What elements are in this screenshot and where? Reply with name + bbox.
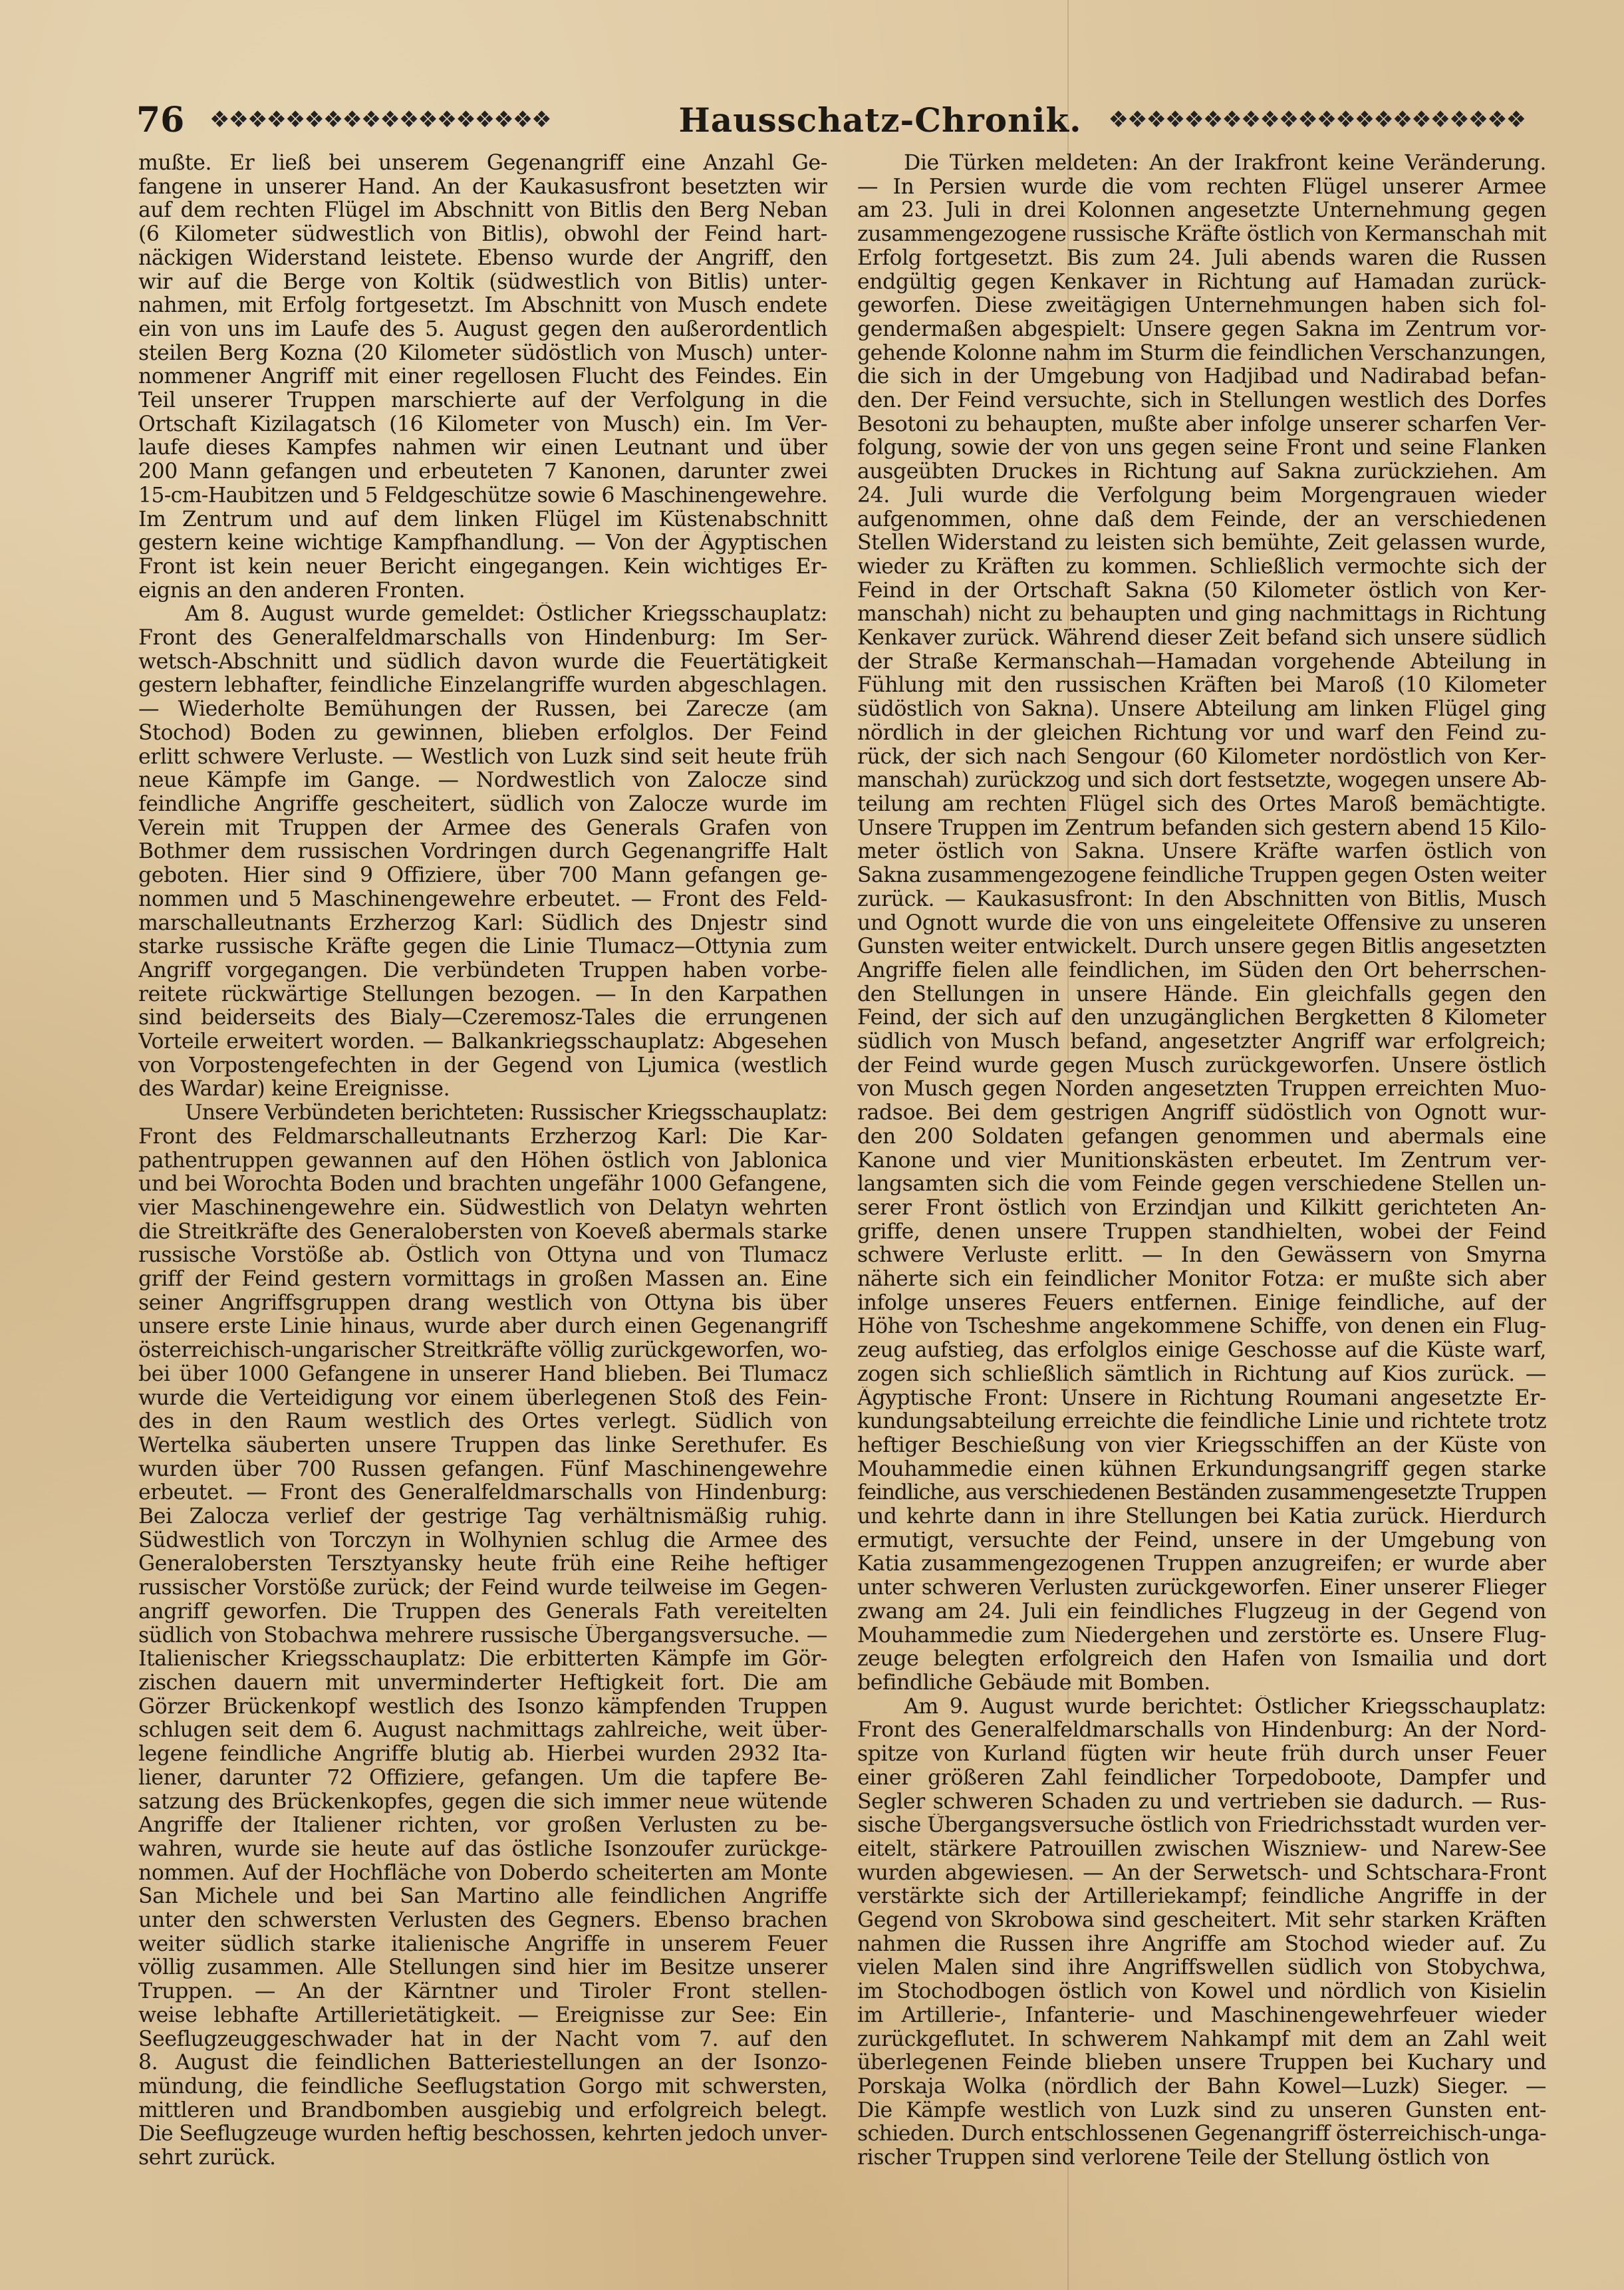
text-line: Feind, der sich auf den unzugänglichen B… <box>857 1006 1546 1030</box>
text-line: ein von uns im Laufe des 5. August gegen… <box>138 318 827 342</box>
text-line: Besotoni zu behaupten, mußte aber infolg… <box>857 413 1546 437</box>
text-line: Angriffe der Italiener richten, vor groß… <box>138 1814 827 1838</box>
text-line: eignis an den anderen Fronten. <box>138 579 827 603</box>
text-line: Angriff vorgegangen. Die verbündeten Tru… <box>138 959 827 983</box>
text-line: einer größeren Zahl feindlicher Torpedob… <box>857 1767 1546 1790</box>
text-line: wurden abgewiesen. — An der Serwetsch- u… <box>857 1862 1546 1886</box>
text-line: laufe dieses Kampfes nahmen wir einen Le… <box>138 436 827 460</box>
text-line: infolge unseres Feuers entfernen. Einige… <box>857 1292 1546 1316</box>
text-line: Am 9. August wurde berichtet: Östlicher … <box>857 1695 1546 1719</box>
text-line: San Michele und bei San Martino alle fei… <box>138 1885 827 1909</box>
text-line: Höhe von Tscheshme angekommene Schiffe, … <box>857 1315 1546 1339</box>
text-line: endgültig gegen Kenkaver in Richtung auf… <box>857 271 1546 295</box>
text-line: Vorteile erweitert worden. — Balkankrieg… <box>138 1030 827 1054</box>
text-line: völlig zusammen. Alle Stellungen sind hi… <box>138 1956 827 1980</box>
text-line: Die Kämpfe westlich von Luzk sind zu uns… <box>857 2099 1546 2123</box>
text-line: Unsere Truppen im Zentrum befanden sich … <box>857 817 1546 841</box>
text-line: Mouhammedie einen kühnen Erkundungsangri… <box>857 1458 1546 1482</box>
text-line: feindliche Angriffe gescheitert, südlich… <box>138 793 827 817</box>
paragraph: Unsere Verbündeten berichteten: Russisch… <box>138 1101 827 2170</box>
text-line: Italienischer Kriegsschauplatz: Die erbi… <box>138 1647 827 1671</box>
text-line: die Streitkräfte des Generalobersten von… <box>138 1220 827 1244</box>
text-line: verstärkte sich der Artilleriekampf; fei… <box>857 1885 1546 1909</box>
ornament-border-left: ❖❖❖❖❖❖❖❖❖❖❖❖❖❖❖❖❖❖ <box>209 106 652 133</box>
text-line: auf dem rechten Flügel im Abschnitt von … <box>138 199 827 223</box>
text-line: zurück. — Kaukasusfront: In den Abschnit… <box>857 888 1546 912</box>
text-line: Front des Feldmarschalleutnants Erzherzo… <box>138 1125 827 1149</box>
text-line: liener, darunter 72 Offiziere, gefangen.… <box>138 1767 827 1790</box>
text-line: gestern keine wichtige Kampfhandlung. — … <box>138 531 827 555</box>
text-line: wetsch-Abschnitt und südlich davon wurde… <box>138 650 827 674</box>
text-line: weise lebhafte Artillerietätigkeit. — Er… <box>138 2004 827 2028</box>
text-line: näckigen Widerstand leistete. Ebenso wur… <box>138 247 827 271</box>
paragraph: Am 9. August wurde berichtet: Östlicher … <box>857 1695 1546 2170</box>
text-line: Stellen Widerstand zu leisten sich bemüh… <box>857 531 1546 555</box>
text-line: von Musch gegen Norden angesetzten Trupp… <box>857 1077 1546 1101</box>
text-line: manschah) zurückzog und sich dort festse… <box>857 769 1546 793</box>
text-line: der Feind wurde gegen Musch zurückgeworf… <box>857 1054 1546 1078</box>
text-line: Görzer Brückenkopf westlich des Isonzo k… <box>138 1695 827 1719</box>
text-line: starke russische Kräfte gegen die Linie … <box>138 935 827 959</box>
text-line: steilen Berg Kozna (20 Kilometer südöstl… <box>138 342 827 366</box>
text-line: unsere erste Linie hinaus, wurde aber du… <box>138 1315 827 1339</box>
text-line: sind beiderseits des Bialy—Czeremosz-Tal… <box>138 1006 827 1030</box>
text-line: des Wardar) keine Ereignisse. <box>138 1077 827 1101</box>
text-line: Im Zentrum und auf dem linken Flügel im … <box>138 508 827 532</box>
text-line: erbeutet. — Front des Generalfeldmarscha… <box>138 1481 827 1505</box>
text-line: teilung am rechten Flügel sich des Ortes… <box>857 793 1546 817</box>
text-line: Porskaja Wolka (nördlich der Bahn Kowel—… <box>857 2075 1546 2099</box>
page-header: 76 ❖❖❖❖❖❖❖❖❖❖❖❖❖❖❖❖❖❖ Hausschatz-Chronik… <box>136 100 1551 140</box>
text-line: — Wiederholte Bemühungen der Russen, bei… <box>138 698 827 722</box>
text-line: mündung, die feindliche Seeflugstation G… <box>138 2075 827 2099</box>
text-line: griff der Feind gestern vormittags in gr… <box>138 1268 827 1292</box>
text-line: gendermaßen abgespielt: Unsere gegen Sak… <box>857 318 1546 342</box>
text-line: ermutigt, versuchte der Feind, unsere in… <box>857 1529 1546 1553</box>
text-line: griffe, denen unsere Truppen standhielte… <box>857 1220 1546 1244</box>
text-line: südlich von Musch befand, angesetzter An… <box>857 1030 1546 1054</box>
text-line: folgung, sowie der von uns gegen seine F… <box>857 436 1546 460</box>
running-title: Hausschatz-Chronik. <box>652 100 1109 140</box>
text-line: Katia zusammengezogenen Truppen anzugrei… <box>857 1552 1546 1576</box>
text-line: und kehrte dann in ihre Stellungen bei K… <box>857 1505 1546 1529</box>
text-line: und bei Worochta Boden und brachten unge… <box>138 1173 827 1197</box>
text-line: vier Maschinengewehre ein. Südwestlich v… <box>138 1197 827 1220</box>
text-line: befindliche Gebäude mit Bomben. <box>857 1671 1546 1695</box>
text-line: Teil unserer Truppen marschierte auf der… <box>138 389 827 413</box>
text-line: Feind in der Ortschaft Sakna (50 Kilomet… <box>857 579 1546 603</box>
text-line: den Stellungen in unsere Hände. Ein glei… <box>857 983 1546 1007</box>
text-line: Ortschaft Kizilagatsch (16 Kilometer von… <box>138 413 827 437</box>
text-line: weiter südlich starke italienische Angri… <box>138 1933 827 1957</box>
text-line: 24. Juli wurde die Verfolgung beim Morge… <box>857 484 1546 508</box>
text-line: russischer Vorstöße zurück; der Feind wu… <box>138 1576 827 1600</box>
text-line: marschalleutnants Erzherzog Karl: Südlic… <box>138 912 827 936</box>
paragraph: Die Türken meldeten: An der Irakfront ke… <box>857 152 1546 1695</box>
text-line: bei über 1000 Gefangene in unserer Hand … <box>138 1363 827 1387</box>
text-line: (6 Kilometer südwestlich von Bitlis), ob… <box>138 223 827 247</box>
text-line: ausgeübten Druckes in Richtung auf Sakna… <box>857 460 1546 484</box>
text-line: Front des Generalfeldmarschalls von Hind… <box>857 1719 1546 1743</box>
text-line: die sich in der Umgebung von Hadjibad un… <box>857 365 1546 389</box>
text-line: feindliche, aus verschiedenen Beständen … <box>857 1481 1546 1505</box>
text-line: Unsere Verbündeten berichteten: Russisch… <box>138 1101 827 1125</box>
text-line: im Artillerie-, Infanterie- und Maschine… <box>857 2004 1546 2028</box>
text-line: rück, der sich nach Sengour (60 Kilomete… <box>857 746 1546 770</box>
text-line: nördlich in der gleichen Richtung vor un… <box>857 722 1546 746</box>
text-line: nommen. Auf der Hochfläche von Doberdo s… <box>138 1862 827 1886</box>
text-line: Erfolg fortgesetzt. Bis zum 24. Juli abe… <box>857 247 1546 271</box>
text-line: spitze von Kurland fügten wir heute früh… <box>857 1743 1546 1767</box>
text-line: fangene in unserer Hand. An der Kaukasus… <box>138 176 827 200</box>
text-line: Sakna zusammengezogene feindliche Truppe… <box>857 864 1546 888</box>
text-line: Bothmer dem russischen Vordringen durch … <box>138 840 827 864</box>
text-line: zwang am 24. Juli ein feindliches Flugze… <box>857 1600 1546 1624</box>
text-line: zeuge belegten erfolgreich den Hafen von… <box>857 1647 1546 1671</box>
text-line: österreichisch-ungarischer Streitkräfte … <box>138 1339 827 1363</box>
text-line: Front ist kein neuer Bericht eingegangen… <box>138 555 827 579</box>
text-line: südlich von Stobachwa mehrere russische … <box>138 1624 827 1648</box>
text-line: schwere Verluste erlitt. — In den Gewäss… <box>857 1244 1546 1268</box>
text-line: radsoe. Bei dem gestrigen Angriff südöst… <box>857 1101 1546 1125</box>
text-line: überlegenen Feinde blieben unsere Truppe… <box>857 2051 1546 2075</box>
text-line: Kanone und vier Munitionskästen erbeutet… <box>857 1149 1546 1173</box>
text-line: Die Türken meldeten: An der Irakfront ke… <box>857 152 1546 176</box>
text-line: zogen sich schließlich sämtlich in Richt… <box>857 1363 1546 1387</box>
text-line: Kenkaver zurück. Während dieser Zeit bef… <box>857 627 1546 650</box>
text-line: Verein mit Truppen der Armee des General… <box>138 817 827 841</box>
text-line: Generalobersten Tersztyansky heute früh … <box>138 1552 827 1576</box>
text-line: Gunsten weiter entwickelt. Durch unsere … <box>857 935 1546 959</box>
text-line: geworfen. Diese zweitägigen Unternehmung… <box>857 294 1546 318</box>
text-line: — In Persien wurde die vom rechten Flüge… <box>857 176 1546 200</box>
text-line: schieden. Durch entschlossenen Gegenangr… <box>857 2122 1546 2146</box>
text-line: legene feindliche Angriffe blutig ab. Hi… <box>138 1743 827 1767</box>
text-line: zischen dauern mit unverminderter Heftig… <box>138 1671 827 1695</box>
text-line: den 200 Soldaten gefangen genommen und a… <box>857 1125 1546 1149</box>
text-line: den. Der Feind versuchte, sich in Stellu… <box>857 389 1546 413</box>
text-line: unter den schwersten Verlusten des Gegne… <box>138 1909 827 1933</box>
text-line: neue Kämpfe im Gange. — Nordwestlich von… <box>138 769 827 793</box>
text-line: mittleren und Brandbomben ausgiebig und … <box>138 2099 827 2123</box>
article-body: mußte. Er ließ bei unserem Gegenangriff … <box>138 152 1546 2170</box>
text-line: nommener Angriff mit einer regellosen Fl… <box>138 365 827 389</box>
text-line: seiner Angriffsgruppen drang westlich vo… <box>138 1292 827 1316</box>
text-line: nommen und 5 Maschinengewehre erbeutet. … <box>138 888 827 912</box>
text-line: Truppen. — An der Kärntner und Tiroler F… <box>138 1980 827 2004</box>
text-line: unter schweren Verlusten zurückgeworfen.… <box>857 1576 1546 1600</box>
text-line: wurden über 700 Russen gefangen. Fünf Ma… <box>138 1458 827 1482</box>
text-line: vielen Malen sind ihre Angriffswellen sü… <box>857 1956 1546 1980</box>
text-line: aufgenommen, ohne daß dem Feinde, der an… <box>857 508 1546 532</box>
text-line: heftiger Beschießung von vier Kriegsschi… <box>857 1434 1546 1458</box>
text-line: des in den Raum westlich des Ortes verle… <box>138 1410 827 1434</box>
text-line: mußte. Er ließ bei unserem Gegenangriff … <box>138 152 827 176</box>
text-line: kundungsabteilung erreichte die feindlic… <box>857 1410 1546 1434</box>
text-line: näherte sich ein feindlicher Monitor Fot… <box>857 1268 1546 1292</box>
text-line: zurückgeflutet. In schwerem Nahkampf mit… <box>857 2028 1546 2052</box>
ornament-border-right: ❖❖❖❖❖❖❖❖❖❖❖❖❖❖❖❖❖❖❖❖❖❖ <box>1108 106 1551 133</box>
text-line: Südwestlich von Torczyn in Wolhynien sch… <box>138 1529 827 1553</box>
text-line: nahmen die Russen ihre Angriffe am Stoch… <box>857 1933 1546 1957</box>
text-line: 8. August die feindlichen Batteriestellu… <box>138 2051 827 2075</box>
text-line: wahren, wurde sie heute auf das östliche… <box>138 1838 827 1862</box>
text-line: Mouhammedie zum Niedergehen und zerstört… <box>857 1624 1546 1648</box>
text-line: Die Seeflugzeuge wurden heftig beschosse… <box>138 2122 827 2146</box>
text-line: wieder zu Kräften zu kommen. Schließlich… <box>857 555 1546 579</box>
paragraph: mußte. Er ließ bei unserem Gegenangriff … <box>138 152 827 603</box>
text-line: pathentruppen gewannen auf den Höhen öst… <box>138 1149 827 1173</box>
page-number: 76 <box>136 100 209 140</box>
text-line: der Straße Kermanschah—Hamadan vorgehend… <box>857 650 1546 674</box>
text-line: sische Übergangsversuche östlich von Fri… <box>857 1814 1546 1838</box>
text-line: am 23. Juli in drei Kolonnen angesetzte … <box>857 199 1546 223</box>
text-line: langsamten sich die vom Feinde gegen ver… <box>857 1173 1546 1197</box>
column-left: mußte. Er ließ bei unserem Gegenangriff … <box>138 152 827 2170</box>
text-line: Wertelka säuberten unsere Truppen das li… <box>138 1434 827 1458</box>
text-line: geboten. Hier sind 9 Offiziere, über 700… <box>138 864 827 888</box>
text-line: Fühlung mit den russischen Kräften bei M… <box>857 674 1546 698</box>
text-line: 15-cm-Haubitzen und 5 Feldgeschütze sowi… <box>138 484 827 508</box>
text-line: Seeflugzeuggeschwader hat in der Nacht v… <box>138 2028 827 2052</box>
text-line: Am 8. August wurde gemeldet: Östlicher K… <box>138 603 827 627</box>
text-line: von Vorpostengefechten in der Gegend von… <box>138 1054 827 1078</box>
text-line: serer Front östlich von Erzindjan und Ki… <box>857 1197 1546 1220</box>
text-line: wurde die Verteidigung vor einem überleg… <box>138 1387 827 1411</box>
paragraph: Am 8. August wurde gemeldet: Östlicher K… <box>138 603 827 1101</box>
text-line: zeug aufstieg, das erfolglos einige Gesc… <box>857 1339 1546 1363</box>
text-line: russische Vorstöße ab. Östlich von Ottyn… <box>138 1244 827 1268</box>
text-line: nahmen, mit Erfolg fortgesetzt. Im Absch… <box>138 294 827 318</box>
text-line: schlugen seit dem 6. August nachmittags … <box>138 1719 827 1743</box>
text-line: reitete rückwärtige Stellungen bezogen. … <box>138 983 827 1007</box>
text-line: rischer Truppen sind verlorene Teile der… <box>857 2146 1546 2170</box>
text-line: meter östlich von Sakna. Unsere Kräfte w… <box>857 840 1546 864</box>
text-line: gehende Kolonne nahm im Sturm die feindl… <box>857 342 1546 366</box>
text-line: Angriffe fielen alle feindlichen, im Süd… <box>857 959 1546 983</box>
text-line: 200 Mann gefangen und erbeuteten 7 Kanon… <box>138 460 827 484</box>
column-right: Die Türken meldeten: An der Irakfront ke… <box>857 152 1546 2170</box>
text-line: Ägyptische Front: Unsere in Richtung Rou… <box>857 1387 1546 1411</box>
text-line: Bei Zalocza verlief der gestrige Tag ver… <box>138 1505 827 1529</box>
text-line: im Stochodbogen östlich von Kowel und nö… <box>857 1980 1546 2004</box>
text-line: Segler schweren Schaden zu und vertriebe… <box>857 1790 1546 1814</box>
text-line: Front des Generalfeldmarschalls von Hind… <box>138 627 827 650</box>
text-line: Stochod) Boden zu gewinnen, blieben erfo… <box>138 722 827 746</box>
text-line: eitelt, stärkere Patrouillen zwischen Wi… <box>857 1838 1546 1862</box>
text-line: südöstlich von Sakna). Unsere Abteilung … <box>857 698 1546 722</box>
text-line: gestern lebhafter, feindliche Einzelangr… <box>138 674 827 698</box>
text-line: angriff geworfen. Die Truppen des Genera… <box>138 1600 827 1624</box>
text-line: zusammengezogene russische Kräfte östlic… <box>857 223 1546 247</box>
text-line: Gegend von Skrobowa sind gescheitert. Mi… <box>857 1909 1546 1933</box>
text-line: manschah) nicht zu behaupten und ging na… <box>857 603 1546 627</box>
text-line: erlitt schwere Verluste. — Westlich von … <box>138 746 827 770</box>
text-line: sehrt zurück. <box>138 2146 827 2170</box>
text-line: und Ognott wurde die von uns eingeleitet… <box>857 912 1546 936</box>
text-line: wir auf die Berge von Koltik (südwestlic… <box>138 271 827 295</box>
text-line: satzung des Brückenkopfes, gegen die sic… <box>138 1790 827 1814</box>
